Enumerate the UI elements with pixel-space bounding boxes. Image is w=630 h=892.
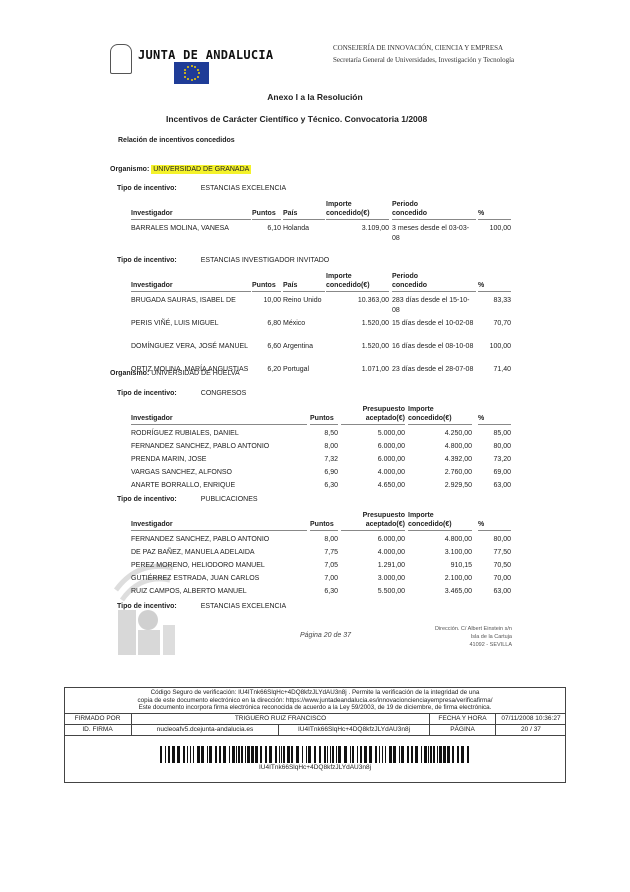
tipo-incentivo-line: Tipo de incentivo:PUBLICACIONES: [117, 496, 258, 503]
table-cell: Portugal: [283, 365, 325, 375]
address-line: 41092 - SEVILLA: [420, 641, 512, 649]
table-cell: 3.000,00: [341, 574, 405, 584]
address-line: Dirección. C/ Albert Einstein s/n: [420, 625, 512, 633]
table-cell: 1.071,00: [326, 365, 389, 375]
tipo-label: Tipo de incentivo:: [117, 185, 177, 192]
verification-line: copia de este documento electrónico en l…: [64, 697, 566, 705]
table-cell: 2.100,00: [408, 574, 472, 584]
header-rule: [392, 291, 476, 292]
tipo-incentivo-line: Tipo de incentivo:CONGRESOS: [117, 390, 246, 397]
table-cell: 3 meses desde el 03-03-08: [392, 224, 476, 244]
table-cell: Reino Unido: [283, 296, 325, 306]
document-subtitle: Incentivos de Carácter Científico y Técn…: [166, 114, 427, 124]
table-cell: BARRALES MOLINA, VANESA: [131, 224, 251, 234]
header-rule: [478, 291, 511, 292]
table-cell: 70,70: [478, 319, 511, 329]
table-cell: 2.929,50: [408, 481, 472, 491]
column-header: %: [478, 520, 511, 529]
column-header: Importeconcedido(€): [408, 511, 472, 529]
organismo-label: Organismo:: [110, 166, 151, 173]
table-cell: VARGAS SANCHEZ, ALFONSO: [131, 468, 307, 478]
table-cell: 15 días desde el 10-02-08: [392, 319, 476, 329]
table-cell: DE PAZ BAÑEZ, MANUELA ADELAIDA: [131, 548, 307, 558]
table-cell: 8,00: [310, 442, 338, 452]
header-rule: [478, 424, 511, 425]
signature-host: nucleoafv5.dcejunta-andalucia.es: [132, 725, 279, 736]
table-cell: 4.650,00: [341, 481, 405, 491]
organismo-name: UNIVERSIDAD DE GRANADA: [151, 165, 251, 174]
header-rule: [131, 291, 251, 292]
page-value: 20 / 37: [496, 725, 566, 736]
address-line: Isla de la Cartuja: [420, 633, 512, 641]
column-header: Periodoconcedido: [392, 272, 476, 290]
signed-by-row: FIRMADO POR TRIGUERO RUIZ FRANCISCO FECH…: [64, 713, 566, 724]
table-cell: 80,00: [478, 442, 511, 452]
organismo-label: Organismo:: [110, 370, 151, 377]
table-cell: Holanda: [283, 224, 325, 234]
header-rule: [310, 424, 338, 425]
page-number: Página 20 de 37: [300, 632, 351, 639]
table-cell: 4.000,00: [341, 548, 405, 558]
header-rule: [478, 530, 511, 531]
table-cell: 100,00: [478, 224, 511, 234]
table-cell: 6,10: [252, 224, 281, 234]
header-rule: [326, 219, 389, 220]
tipo-label: Tipo de incentivo:: [117, 496, 177, 503]
tipo-incentivo-line: Tipo de incentivo:ESTANCIAS EXCELENCIA: [117, 603, 286, 610]
header-rule: [252, 219, 281, 220]
section-heading: Relación de incentivos concedidos: [118, 137, 235, 144]
header-rule: [310, 530, 338, 531]
table-cell: 71,40: [478, 365, 511, 375]
table-cell: 80,00: [478, 535, 511, 545]
table-cell: 7,05: [310, 561, 338, 571]
table-cell: 4.800,00: [408, 442, 472, 452]
table-cell: 23 días desde el 28-07-08: [392, 365, 476, 375]
table-cell: 100,00: [478, 342, 511, 352]
signature-code: IU4ITnk66SlqHc+4DQ8kfzJLYdAU3n8j: [279, 725, 430, 736]
table-cell: 4.250,00: [408, 429, 472, 439]
table-cell: PEREZ MORENO, HELIODORO MANUEL: [131, 561, 307, 571]
table-cell: 73,20: [478, 455, 511, 465]
column-header: Presupuestoaceptado(€): [341, 405, 405, 423]
table-cell: 63,00: [478, 587, 511, 597]
table-cell: 3.109,00: [326, 224, 389, 234]
table-cell: 69,00: [478, 468, 511, 478]
table-cell: 1.291,00: [341, 561, 405, 571]
consejeria-name: CONSEJERÍA DE INNOVACIÓN, CIENCIA Y EMPR…: [333, 42, 514, 54]
table-cell: 3.100,00: [408, 548, 472, 558]
header-rule: [341, 530, 405, 531]
table-cell: 6.000,00: [341, 535, 405, 545]
signature-id-row: ID. FIRMA nucleoafv5.dcejunta-andalucia.…: [64, 724, 566, 736]
table-cell: GUTIÉRREZ ESTRADA, JUAN CARLOS: [131, 574, 307, 584]
tipo-value: PUBLICACIONES: [201, 496, 258, 503]
organismo-name: UNIVERSIDAD DE HUELVA: [151, 370, 239, 377]
table-cell: 6.000,00: [341, 455, 405, 465]
table-cell: 6.000,00: [341, 442, 405, 452]
column-header: Importeconcedido(€): [326, 272, 389, 290]
document-title: Anexo I a la Resolución: [0, 92, 630, 102]
footer-address: Dirección. C/ Albert Einstein s/n Isla d…: [420, 625, 512, 649]
table-cell: RUIZ CAMPOS, ALBERTO MANUEL: [131, 587, 307, 597]
table-cell: 6,60: [252, 342, 281, 352]
signature-id-label: ID. FIRMA: [64, 725, 132, 736]
table-cell: RODRÍGUEZ RUBIALES, DANIEL: [131, 429, 307, 439]
table-cell: 70,00: [478, 574, 511, 584]
column-header: %: [478, 281, 511, 290]
header-rule: [131, 219, 251, 220]
table-cell: 6,90: [310, 468, 338, 478]
secretaria-name: Secretaría General de Universidades, Inv…: [333, 54, 514, 66]
table-cell: 7,00: [310, 574, 338, 584]
column-header: País: [283, 281, 325, 290]
table-cell: 7,32: [310, 455, 338, 465]
header-rule: [131, 530, 307, 531]
table-cell: 10.363,00: [326, 296, 389, 306]
header-rule: [478, 219, 511, 220]
header-rule: [283, 291, 325, 292]
tipo-incentivo-line: Tipo de incentivo:ESTANCIAS INVESTIGADOR…: [117, 257, 329, 264]
table-cell: FERNANDEZ SANCHEZ, PABLO ANTONIO: [131, 442, 307, 452]
table-cell: 8,00: [310, 535, 338, 545]
table-cell: México: [283, 319, 325, 329]
barcode-icon: [160, 746, 470, 763]
table-cell: 1.520,00: [326, 319, 389, 329]
table-cell: 4.000,00: [341, 468, 405, 478]
tipo-value: ESTANCIAS EXCELENCIA: [201, 185, 286, 192]
table-cell: FERNANDEZ SANCHEZ, PABLO ANTONIO: [131, 535, 307, 545]
organismo-line: Organismo: UNIVERSIDAD DE GRANADA: [110, 166, 251, 173]
tipo-label: Tipo de incentivo:: [117, 257, 177, 264]
header-rule: [341, 424, 405, 425]
table-cell: 6,30: [310, 587, 338, 597]
table-cell: 910,15: [408, 561, 472, 571]
header-rule: [131, 424, 307, 425]
table-cell: 70,50: [478, 561, 511, 571]
table-cell: Argentina: [283, 342, 325, 352]
table-cell: 4.800,00: [408, 535, 472, 545]
column-header: Periodoconcedido: [392, 200, 476, 218]
column-header: Investigador: [131, 520, 307, 529]
tipo-incentivo-line: Tipo de incentivo:ESTANCIAS EXCELENCIA: [117, 185, 286, 192]
column-header: %: [478, 209, 511, 218]
column-header: Importeconcedido(€): [326, 200, 389, 218]
table-cell: 7,75: [310, 548, 338, 558]
organismo-line: Organismo: UNIVERSIDAD DE HUELVA: [110, 370, 240, 377]
table-cell: 85,00: [478, 429, 511, 439]
header-rule: [392, 219, 476, 220]
table-cell: 4.392,00: [408, 455, 472, 465]
tipo-label: Tipo de incentivo:: [117, 603, 177, 610]
table-cell: DOMÍNGUEZ VERA, JOSÉ MANUEL: [131, 342, 251, 352]
table-cell: 6,20: [252, 365, 281, 375]
table-cell: 63,00: [478, 481, 511, 491]
verification-line: Este documento incorpora firma electróni…: [64, 704, 566, 712]
eu-flag-icon: [174, 62, 209, 84]
header-rule: [408, 530, 472, 531]
header-rule: [252, 291, 281, 292]
logo-text: JUNTA DE ANDALUCIA: [138, 48, 273, 62]
table-cell: 3.465,00: [408, 587, 472, 597]
tipo-value: CONGRESOS: [201, 390, 247, 397]
column-header: Puntos: [252, 209, 281, 218]
header-rule: [283, 219, 325, 220]
table-cell: PERIS VIÑÉ, LUIS MIGUEL: [131, 319, 251, 329]
column-header: Importeconcedido(€): [408, 405, 472, 423]
table-cell: 77,50: [478, 548, 511, 558]
table-cell: ANARTE BORRALLO, ENRIQUE: [131, 481, 307, 491]
tipo-label: Tipo de incentivo:: [117, 390, 177, 397]
column-header: Puntos: [252, 281, 281, 290]
column-header: Investigador: [131, 281, 251, 290]
table-cell: 8,50: [310, 429, 338, 439]
table-cell: BRUGADA SAURAS, ISABEL DE: [131, 296, 251, 306]
table-cell: 5.500,00: [341, 587, 405, 597]
column-header: Presupuestoaceptado(€): [341, 511, 405, 529]
verification-text: Código Seguro de verificación: IU4ITnk66…: [64, 689, 566, 712]
tipo-value: ESTANCIAS EXCELENCIA: [201, 603, 286, 610]
column-header: %: [478, 414, 511, 423]
table-cell: 283 días desde el 15-10-08: [392, 296, 476, 316]
table-cell: 5.000,00: [341, 429, 405, 439]
table-cell: 1.520,00: [326, 342, 389, 352]
barcode-text: IU4ITnk66SlqHc+4DQ8kfzJLYdAU3n8j: [160, 764, 470, 771]
header-consejeria: CONSEJERÍA DE INNOVACIÓN, CIENCIA Y EMPR…: [333, 42, 514, 66]
table-cell: 6,80: [252, 319, 281, 329]
column-header: Puntos: [310, 520, 338, 529]
column-header: País: [283, 209, 325, 218]
tipo-value: ESTANCIAS INVESTIGADOR INVITADO: [201, 257, 329, 264]
andalucia-shield-icon: [110, 44, 132, 74]
page-label: PÁGINA: [430, 725, 496, 736]
table-cell: 10,00: [252, 296, 281, 306]
table-cell: PRENDA MARIN, JOSE: [131, 455, 307, 465]
table-cell: 2.760,00: [408, 468, 472, 478]
header-rule: [326, 291, 389, 292]
column-header: Investigador: [131, 414, 307, 423]
column-header: Puntos: [310, 414, 338, 423]
verification-line: Código Seguro de verificación: IU4ITnk66…: [64, 689, 566, 697]
table-cell: 16 días desde el 08-10-08: [392, 342, 476, 352]
table-cell: 83,33: [478, 296, 511, 306]
header-rule: [408, 424, 472, 425]
column-header: Investigador: [131, 209, 251, 218]
table-cell: 6,30: [310, 481, 338, 491]
